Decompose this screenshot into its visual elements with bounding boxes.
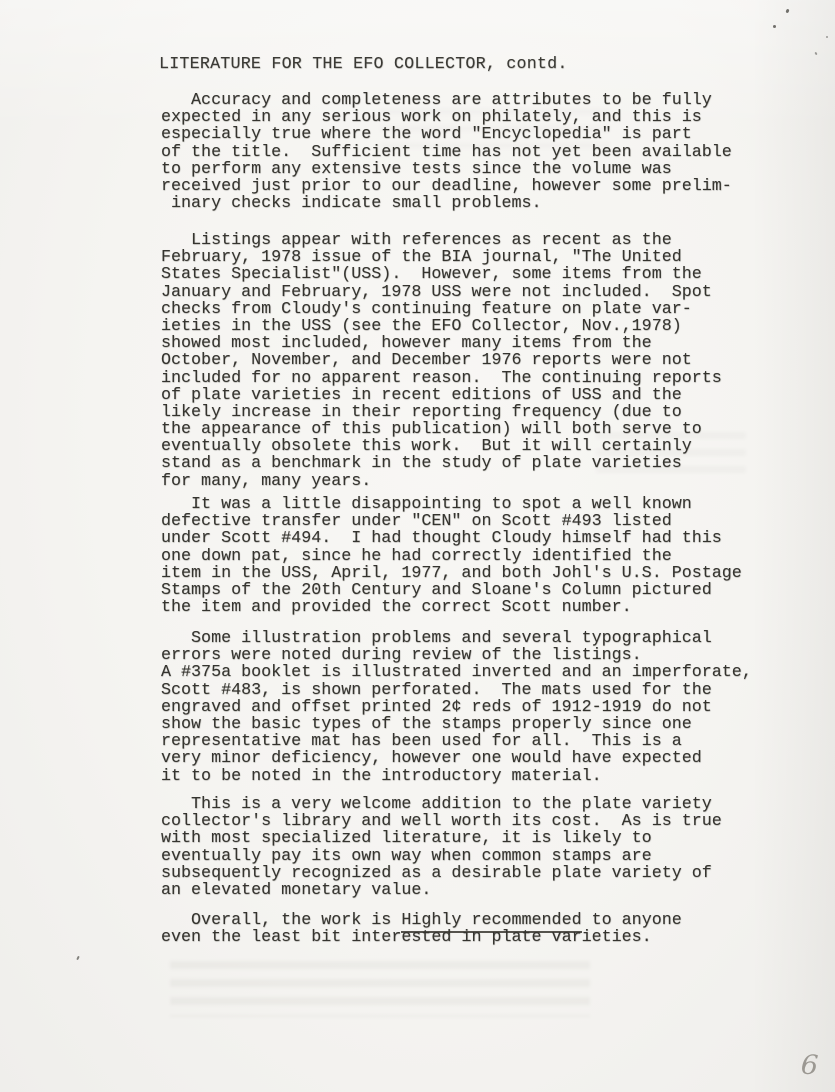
text-line: likely increase in their reporting frequ…: [161, 404, 722, 421]
text-line: Stamps of the 20th Century and Sloane's …: [161, 582, 742, 599]
text-line: ieties in the USS (see the EFO Collector…: [161, 318, 722, 335]
text-line: Listings appear with references as recen…: [161, 232, 722, 249]
text-line: February, 1978 issue of the BIA journal,…: [161, 249, 722, 266]
text-line: it to be noted in the introductory mater…: [161, 768, 752, 785]
text-line: subsequently recognized as a desirable p…: [161, 865, 722, 882]
text-line: received just prior to our deadline, how…: [161, 178, 732, 195]
scan-speck: [826, 36, 828, 38]
text-line: defective transfer under "CEN" on Scott …: [161, 513, 742, 530]
text-line: States Specialist"(USS). However, some i…: [161, 266, 722, 283]
text-line: Some illustration problems and several t…: [161, 630, 752, 647]
text-line: even the least bit interested in plate v…: [161, 929, 682, 946]
text-line: October, November, and December 1976 rep…: [161, 352, 722, 369]
text-line: item in the USS, April, 1977, and both J…: [161, 565, 742, 582]
text-line: errors were noted during review of the l…: [161, 647, 752, 664]
page-number: 6: [800, 1049, 819, 1081]
paragraph-welcome-addition: This is a very welcome addition to the p…: [161, 796, 722, 899]
scan-speck: [785, 9, 789, 14]
scan-speck: [773, 25, 776, 28]
paragraph-listings: Listings appear with references as recen…: [161, 232, 722, 490]
text-line: engraved and offset printed 2¢ reds of 1…: [161, 699, 752, 716]
text-line: to perform any extensive tests since the…: [161, 161, 732, 178]
text-line: Accuracy and completeness are attributes…: [161, 92, 732, 109]
text-line: of plate varieties in recent editions of…: [161, 387, 722, 404]
text-line: showed most included, however many items…: [161, 335, 722, 352]
text-line: Overall, the work is Highly recommended …: [161, 912, 682, 929]
paragraph-accuracy: Accuracy and completeness are attributes…: [161, 92, 732, 212]
page-title: LITERATURE FOR THE EFO COLLECTOR, contd.: [159, 55, 568, 74]
text-line: It was a little disappointing to spot a …: [161, 496, 742, 513]
text-line: the appearance of this publication) will…: [161, 421, 722, 438]
text-line: A #375a booklet is illustrated inverted …: [161, 664, 752, 681]
text-line: expected in any serious work on philatel…: [161, 109, 732, 126]
paragraph-defective-transfer: It was a little disappointing to spot a …: [161, 496, 742, 616]
text-line: collector's library and well worth its c…: [161, 813, 722, 830]
scan-speck: [814, 52, 817, 56]
paragraph-illustration-problems: Some illustration problems and several t…: [161, 630, 752, 785]
text-line: with most specialized literature, it is …: [161, 830, 722, 847]
text-line: stand as a benchmark in the study of pla…: [161, 455, 722, 472]
text-line: the item and provided the correct Scott …: [161, 599, 742, 616]
paragraph-closing: Overall, the work is Highly recommended …: [161, 912, 682, 946]
text-line: eventually obsolete this work. But it wi…: [161, 438, 722, 455]
text-line: inary checks indicate small problems.: [161, 195, 732, 212]
text-line: January and February, 1978 USS were not …: [161, 284, 722, 301]
bleed-through-smudge: [170, 961, 590, 1017]
text-line: eventually pay its own way when common s…: [161, 848, 722, 865]
text-line: under Scott #494. I had thought Cloudy h…: [161, 530, 742, 547]
document-page: LITERATURE FOR THE EFO COLLECTOR, contd.…: [0, 0, 835, 1092]
text-line: especially true where the word "Encyclop…: [161, 126, 732, 143]
text-line: representative mat has been used for all…: [161, 733, 752, 750]
text-line: This is a very welcome addition to the p…: [161, 796, 722, 813]
text-line: for many, many years.: [161, 473, 722, 490]
text-line: an elevated monetary value.: [161, 882, 722, 899]
text-line: very minor deficiency, however one would…: [161, 750, 752, 767]
text-line: checks from Cloudy's continuing feature …: [161, 301, 722, 318]
text-line: included for no apparent reason. The con…: [161, 370, 722, 387]
text-line: one down pat, since he had correctly ide…: [161, 548, 742, 565]
scan-speck: [76, 956, 80, 960]
text-line: show the basic types of the stamps prope…: [161, 716, 752, 733]
text-line: of the title. Sufficient time has not ye…: [161, 144, 732, 161]
text-line: Scott #483, is shown perforated. The mat…: [161, 682, 752, 699]
